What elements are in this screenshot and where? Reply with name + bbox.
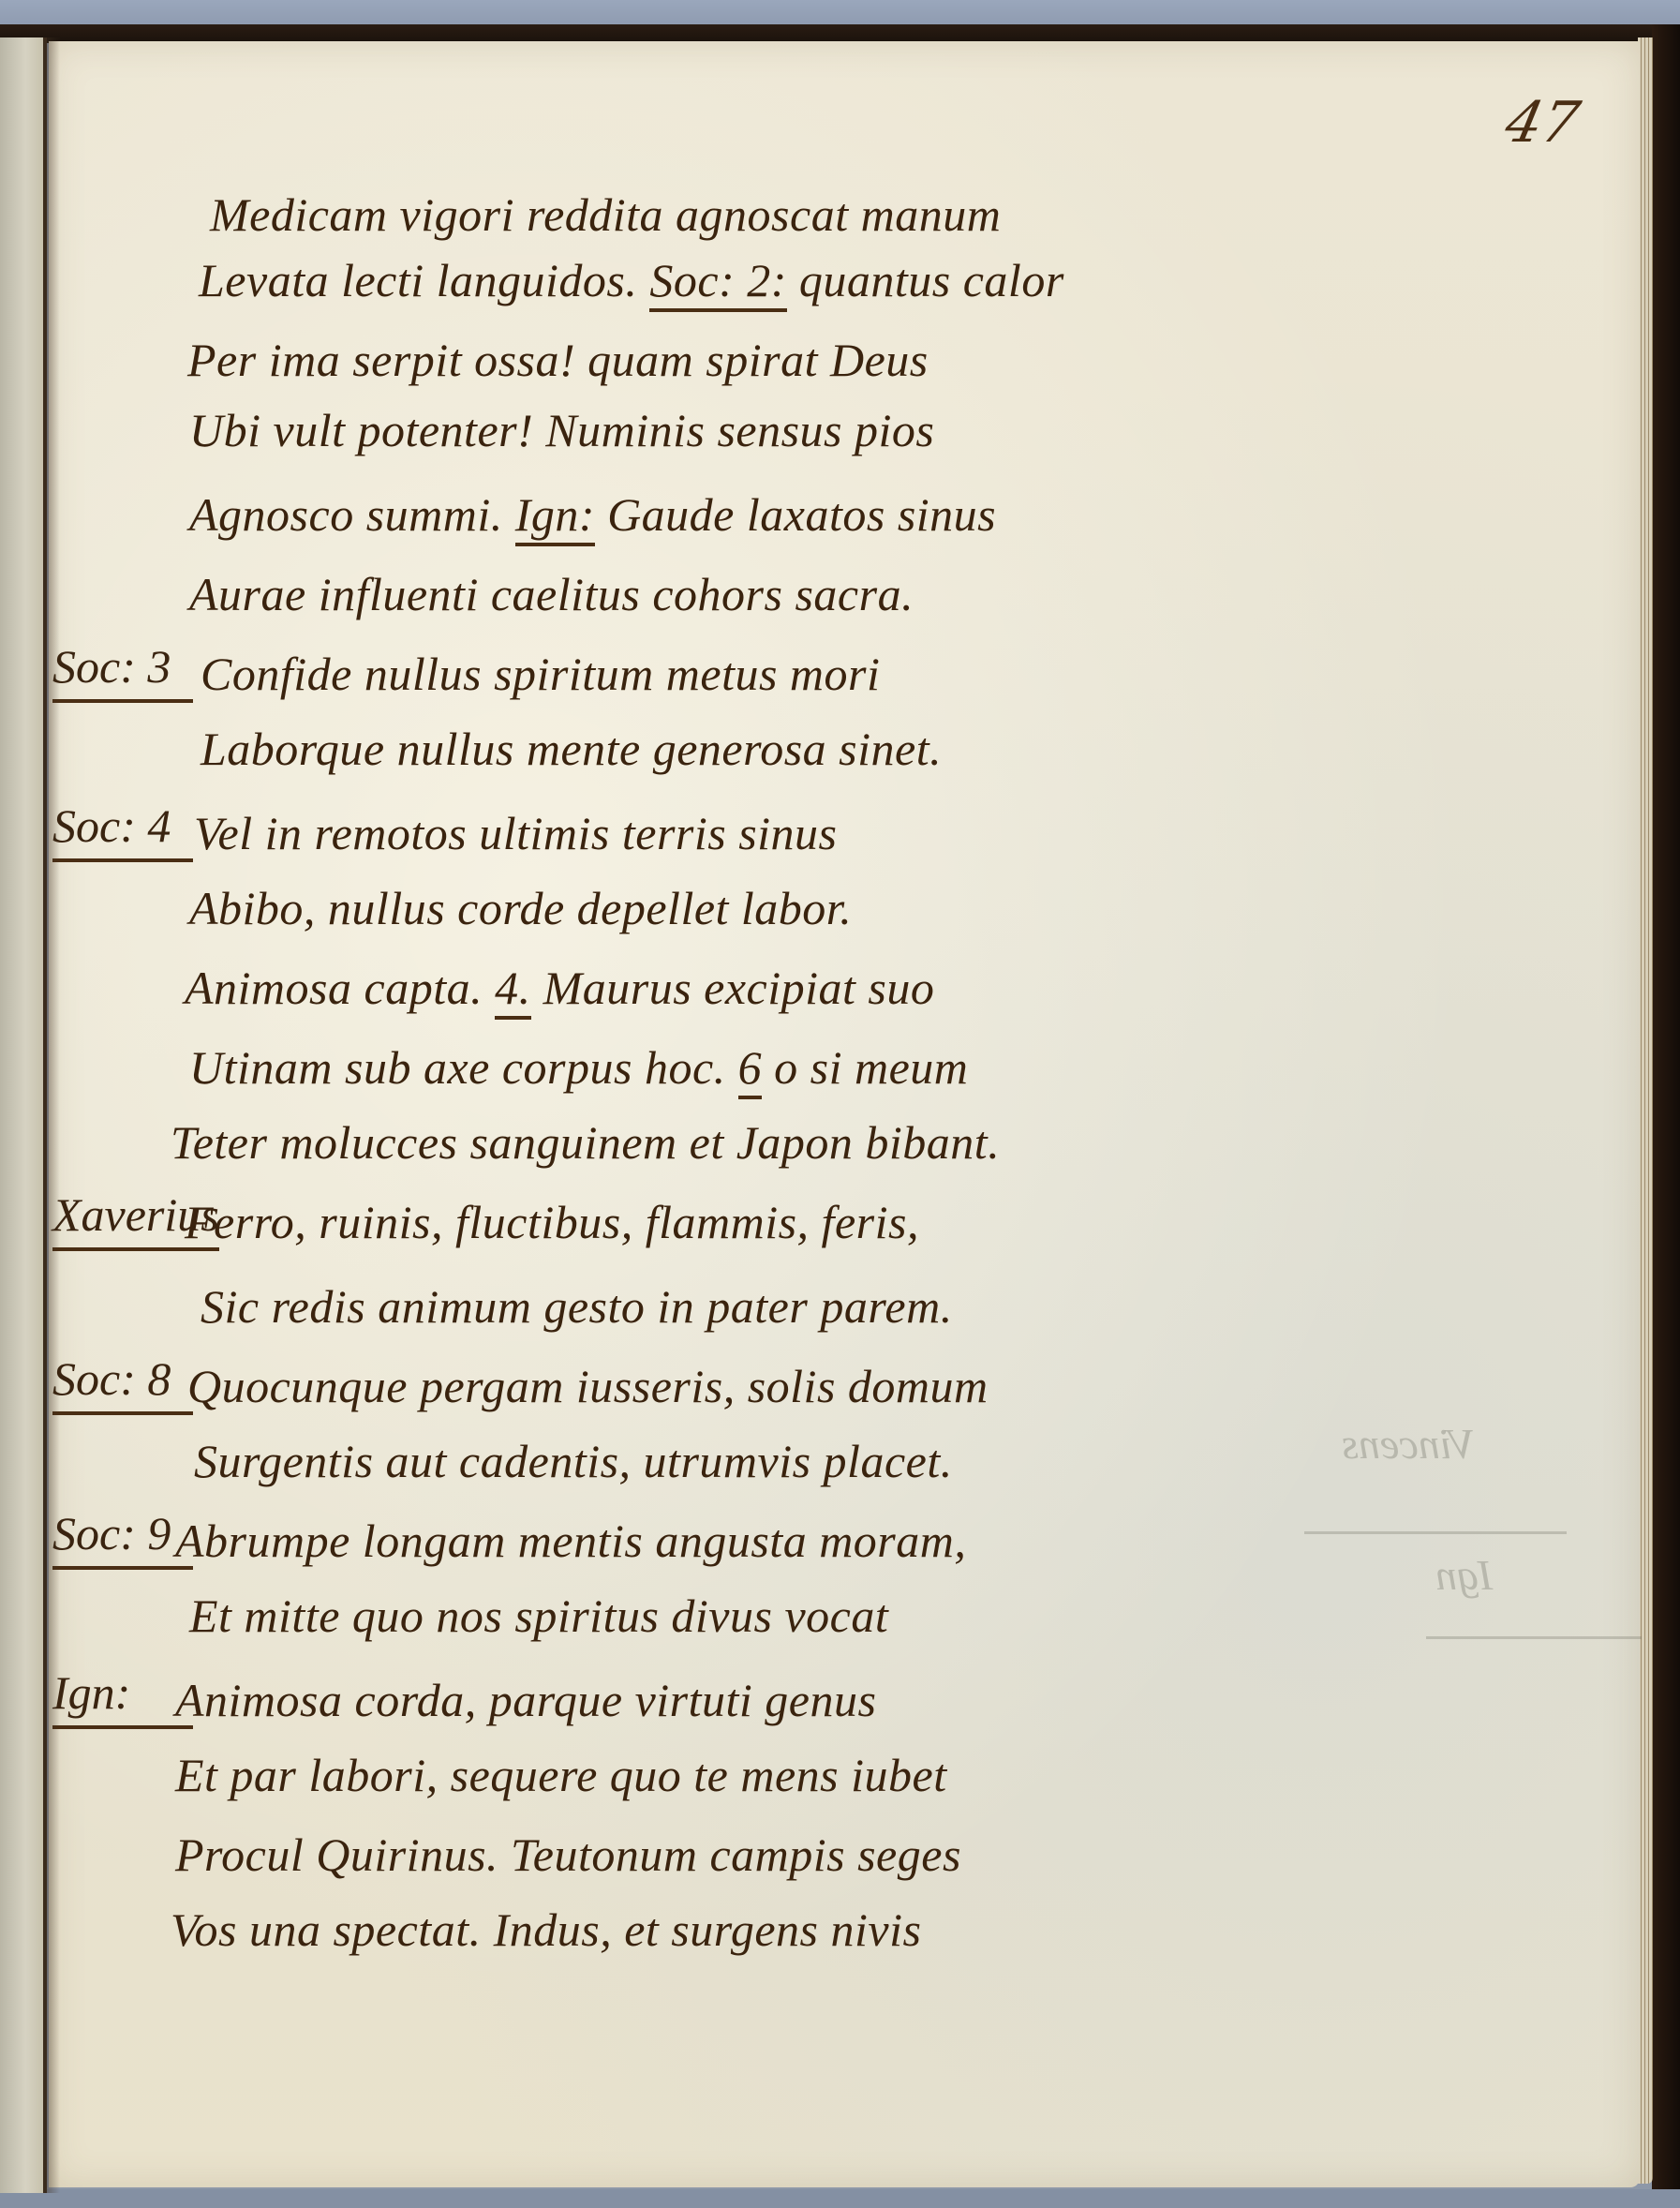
verse-line: Teter molucces sanguinem et Japon bibant… [171,1119,1000,1166]
verse-line: Vos una spectat. Indus, et surgens nivis [171,1906,921,1953]
speaker-label: Soc: 9 [52,1510,193,1570]
verse-line: Agnosco summi. Ign: Gaude laxatos sinus [189,491,996,538]
verse-text: Utinam sub axe corpus hoc. [189,1041,738,1094]
verse-line: Laborque nullus mente generosa sinet. [201,725,942,772]
verse-text: quantus calor [787,254,1064,306]
speaker-label: Soc: 8 [52,1355,193,1415]
gutter-shadow [43,37,60,2193]
verse-line: Ferro, ruinis, fluctibus, flammis, feris… [185,1199,919,1246]
verse-line: Confide nullus spiritum metus mori [201,650,880,697]
inline-speaker-mark: Soc: 2: [649,254,787,312]
verse-line: Abrumpe longam mentis angusta moram, [175,1517,966,1564]
verse-line: Surgentis aut cadentis, utrumvis placet. [194,1438,953,1484]
verse-line: Per ima serpit ossa! quam spirat Deus [187,336,929,383]
verse-text: Animosa capta. [185,962,495,1014]
verse-line: Procul Quirinus. Teutonum campis seges [175,1831,961,1878]
verse-line: Levata lecti languidos. Soc: 2: quantus … [199,257,1064,304]
scan-backdrop-bottom [0,2189,1680,2208]
book-cover-right-edge [1652,24,1680,2189]
verse-text: Levata lecti languidos. [199,254,649,306]
bleed-through-rule [1426,1636,1642,1639]
verse-line: Medicam vigori reddita agnoscat manum [210,191,1001,238]
verse-text: Agnosco summi. [189,488,515,541]
verse-line: Sic redis animum gesto in pater parem. [201,1283,953,1330]
speaker-label: Soc: 4 [52,802,193,862]
speaker-label: Soc: 3 [52,643,193,703]
bleed-through-text: Ign [1435,1550,1493,1600]
verse-line: Animosa corda, parque virtuti genus [175,1677,876,1723]
bleed-through-text: Vincens [1342,1419,1475,1469]
verse-line: Aurae influenti caelitus cohors sacra. [189,571,914,618]
facing-page-edge [0,37,47,2193]
verse-line: Ubi vult potenter! Numinis sensus pios [189,407,934,454]
verse-text: o si meum [762,1041,968,1094]
verse-text: Gaude laxatos sinus [595,488,996,541]
folio-number: 47 [1499,90,1584,156]
verse-line: Vel in remotos ultimis terris sinus [194,810,838,857]
inline-speaker-mark: 4. [495,962,531,1020]
verse-line: Abibo, nullus corde depellet labor. [189,885,852,932]
verse-text: Maurus excipiat suo [531,962,935,1014]
verse-line: Quocunque pergam iusseris, solis domum [187,1363,989,1410]
book-cover-top-edge [0,24,1680,43]
verse-line: Et mitte quo nos spiritus divus vocat [189,1592,888,1639]
verse-line: Animosa capta. 4. Maurus excipiat suo [185,964,934,1011]
inline-speaker-mark: Ign: [515,488,595,546]
verse-line: Et par labori, sequere quo te mens iubet [175,1752,947,1798]
speaker-label: Ign: [52,1669,193,1729]
verse-line: Utinam sub axe corpus hoc. 6 o si meum [189,1044,968,1091]
page-block-edges [1638,37,1653,2184]
bleed-through-rule [1304,1531,1567,1534]
inline-speaker-mark: 6 [738,1041,763,1099]
manuscript-page: 47 Vincens Ign Soc: 3Soc: 4XaveriusSoc: … [49,41,1640,2187]
